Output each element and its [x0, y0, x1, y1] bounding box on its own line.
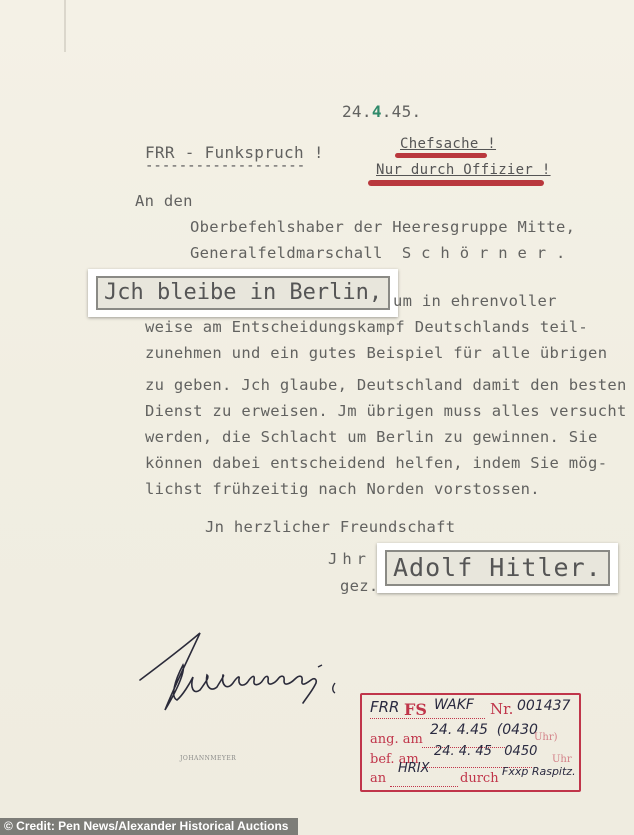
- printed-signatory-name: JOHANNMEYER: [180, 755, 236, 762]
- receipt-stamp: FRR FS WAKF Nr. 001437 ang. am 24. 4.45 …: [360, 693, 581, 792]
- stamp-hand-wakf: WAKF: [434, 697, 474, 713]
- body-line-5: Dienst zu erweisen. Jm übrigen muss alle…: [145, 402, 627, 420]
- body-line-6: werden, die Schlacht um Berlin zu gewinn…: [145, 428, 598, 446]
- red-underline-2: [368, 180, 544, 186]
- date-suffix: .45.: [382, 102, 422, 121]
- stamp-label-via: durch: [460, 771, 499, 786]
- stamp-received-unit: Uhr): [534, 732, 558, 743]
- body-line-4: zu geben. Jch glaube, Deutschland damit …: [145, 376, 627, 394]
- stamp-label-to: an: [370, 771, 386, 786]
- classification-chefsache: Chefsache !: [400, 136, 496, 152]
- stamp-forwarded-value: 24. 4. 45 0450: [434, 744, 537, 759]
- stamp-hand-frr: FRR: [370, 698, 399, 716]
- date-prefix: 24.: [342, 102, 372, 121]
- stamp-label-nr: Nr.: [490, 700, 513, 718]
- stamp-received-value: 24. 4.45 (0430: [430, 722, 538, 738]
- body-line-1: um in ehrenvoller: [393, 292, 557, 310]
- stamp-number: 001437: [517, 698, 570, 714]
- recipient-line-1: Oberbefehlshaber der Heeresgruppe Mitte,: [190, 218, 575, 236]
- stamp-via-value: Fxxp Raspitz.: [502, 765, 576, 778]
- highlight-phrase: Jch bleibe in Berlin,: [96, 276, 390, 310]
- closing-jhr: Jhr: [328, 550, 371, 568]
- stamp-to-value: HRIX: [398, 761, 430, 776]
- body-line-3: zunehmen und ein gutes Beispiel für alle…: [145, 344, 607, 362]
- highlight-box-berlin: Jch bleibe in Berlin,: [88, 269, 398, 317]
- paper-crease: [64, 0, 66, 52]
- stamp-forwarded-unit: Uhr: [552, 754, 572, 765]
- classification-nur-durch-offizier: Nur durch Offizier !: [376, 162, 551, 178]
- document-date: 24.4.45.: [342, 102, 421, 121]
- body-line-8: lichst frühzeitig nach Norden vorstossen…: [145, 480, 540, 498]
- photo-credit: © Credit: Pen News/Alexander Historical …: [0, 818, 298, 835]
- salutation: An den: [135, 192, 193, 210]
- handwritten-signature-icon: [135, 625, 380, 725]
- closing-line: Jn herzlicher Freundschaft: [205, 518, 455, 536]
- stamp-label-received: ang. am: [370, 732, 423, 747]
- recipient-line-2: Generalfeldmarschall S c h ö r n e r .: [190, 244, 566, 262]
- highlight-box-signature: Adolf Hitler.: [377, 543, 618, 593]
- stamp-dotted-line-4: [390, 786, 458, 787]
- body-line-2: weise am Entscheidungskampf Deutschlands…: [145, 318, 588, 336]
- closing-gez: gez.: [340, 577, 379, 595]
- date-correction: 4: [372, 102, 382, 121]
- header-rule: -------------------: [145, 158, 305, 174]
- highlight-signature: Adolf Hitler.: [385, 550, 610, 586]
- red-underline-1: [395, 153, 487, 158]
- stamp-dotted-line-1: [370, 718, 485, 719]
- body-line-7: können dabei entscheidend helfen, indem …: [145, 454, 607, 472]
- document-page: 24.4.45. FRR - Funkspruch ! ------------…: [0, 0, 634, 835]
- stamp-label-fs: FS: [404, 700, 427, 719]
